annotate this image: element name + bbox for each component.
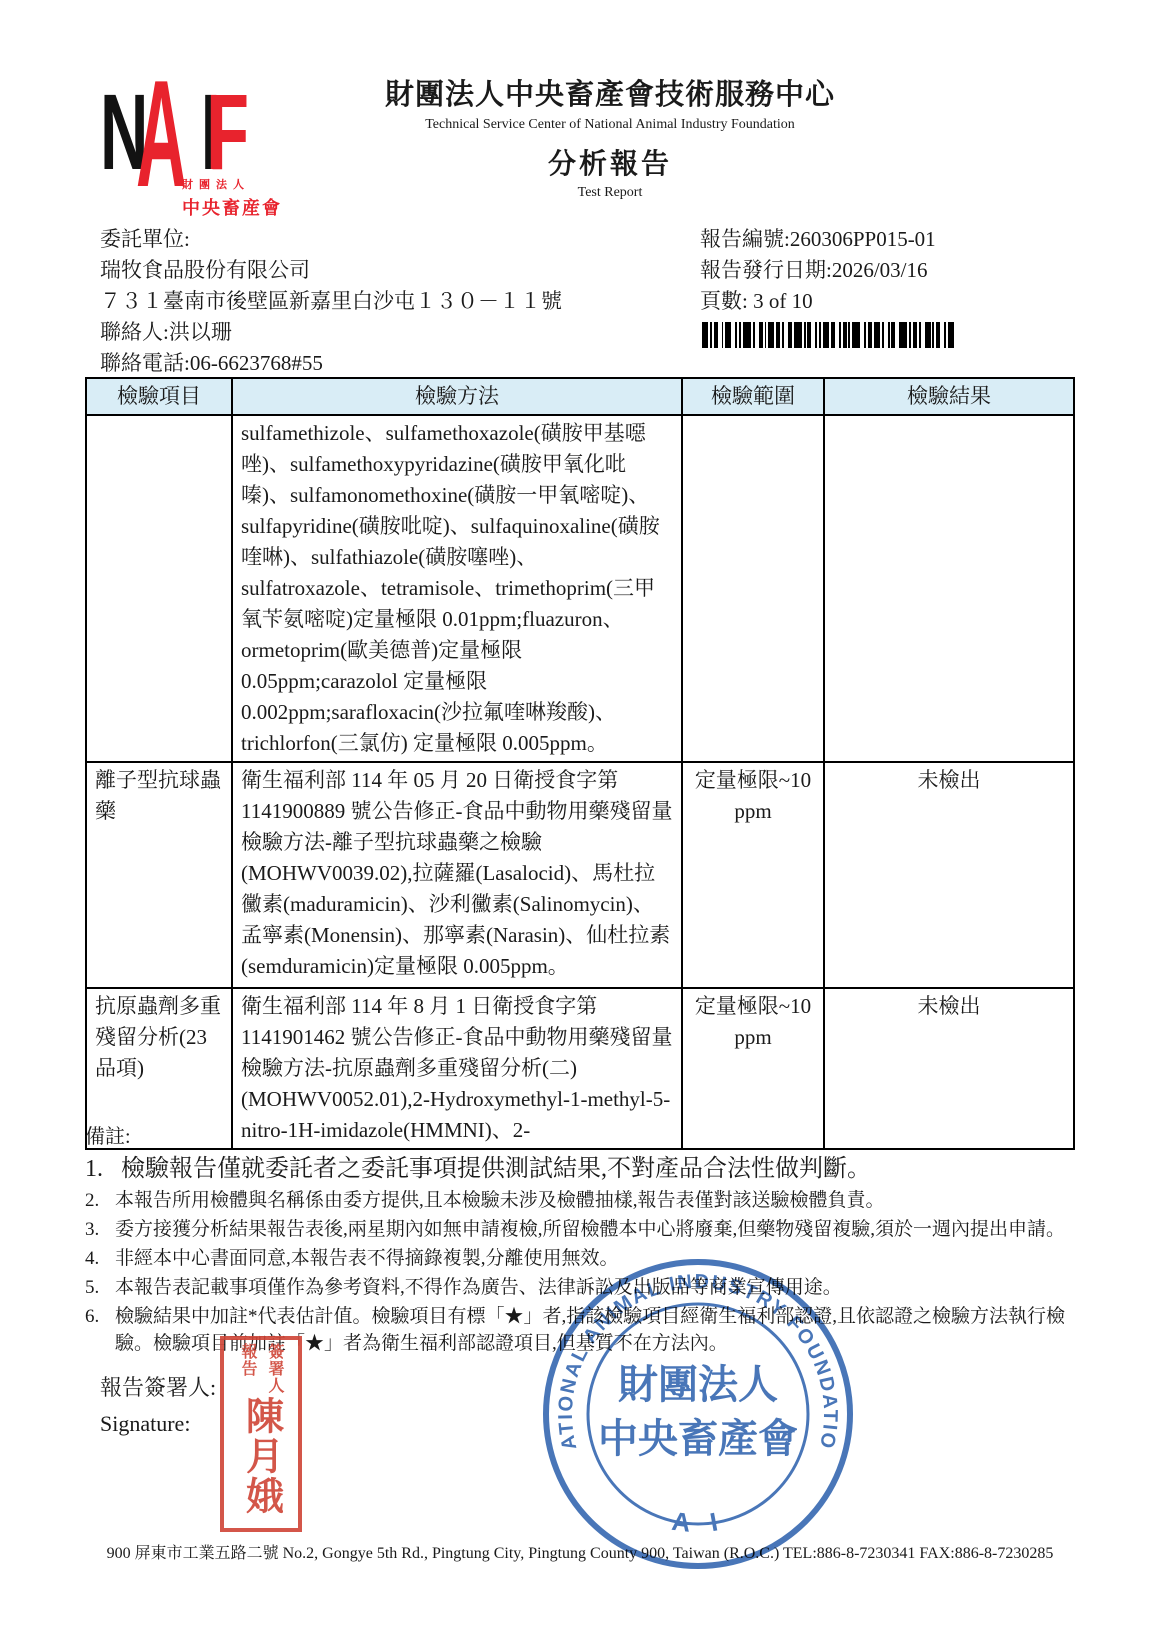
note-number: 1. [85, 1153, 121, 1185]
client-phone: 聯絡電話:06-6623768#55 [100, 348, 562, 379]
result-cell: 未檢出 [824, 762, 1074, 988]
note-number: 4. [85, 1245, 115, 1272]
item-cell [86, 415, 232, 762]
test-report-page: NAIF 財團法人 中央畜産會 財團法人中央畜產會技術服務中心 Technica… [0, 0, 1160, 1640]
note-item: 3. 委方接獲分析結果報告表後,兩星期內如無申請複檢,所留檢體本中心將廢棄,但藥… [85, 1216, 1080, 1243]
red-stamp-title-left: 報告 [236, 1343, 259, 1394]
col-header-range: 檢驗範圍 [682, 378, 824, 415]
result-cell [824, 415, 1074, 762]
red-stamp-name: 陳月娥 [234, 1396, 289, 1516]
note-number: 6. [85, 1303, 115, 1357]
report-type-zh: 分析報告 [120, 142, 1100, 182]
naif-blue-seal: NATIONAL ANIMAL INDUSTRY FOUNDATION N A … [540, 1256, 856, 1577]
report-meta: 報告編號:260306PP015-01 報告發行日期:2026/03/16 頁數… [700, 224, 954, 348]
barcode [702, 322, 954, 348]
signer-red-stamp: 簽署人 報告 陳月娥 [220, 1336, 302, 1532]
report-issue-date: 報告發行日期:2026/03/16 [700, 255, 954, 286]
col-header-result: 檢驗結果 [824, 378, 1074, 415]
client-contact: 聯絡人:洪以珊 [100, 317, 562, 348]
naif-blue-seal-graphic: NATIONAL ANIMAL INDUSTRY FOUNDATION N A … [540, 1256, 856, 1572]
seal-center-line1: 財團法人 [618, 1362, 778, 1407]
table-header-row: 檢驗項目 檢驗方法 檢驗範圍 檢驗結果 [86, 378, 1074, 415]
note-text: 本報告所用檢體與名稱係由委方提供,且本檢驗未涉及檢體抽樣,報告表僅對該送驗檢體負… [115, 1187, 1080, 1214]
signature-block: 報告簽署人: Signature: [100, 1370, 216, 1442]
red-stamp-title: 簽署人 報告 [236, 1343, 286, 1394]
header-title-block: 財團法人中央畜產會技術服務中心 Technical Service Center… [120, 72, 1100, 201]
org-title-en: Technical Service Center of National Ani… [120, 117, 1100, 133]
client-info: 委託單位: 瑞牧食品股份有限公司 ７３１臺南市後壁區新嘉里白沙屯１３０－１１號 … [100, 224, 562, 379]
item-cell: 離子型抗球蟲藥 [86, 762, 232, 988]
note-number: 5. [85, 1274, 115, 1301]
col-header-method: 檢驗方法 [232, 378, 682, 415]
note-number: 2. [85, 1187, 115, 1214]
seal-center-line2: 中央畜產會 [598, 1416, 798, 1461]
range-cell [682, 415, 824, 762]
client-address: ７３１臺南市後壁區新嘉里白沙屯１３０－１１號 [100, 286, 562, 317]
org-title-zh: 財團法人中央畜產會技術服務中心 [120, 72, 1100, 113]
method-cell: sulfamethizole、sulfamethoxazole(磺胺甲基噁唑)、… [232, 415, 682, 762]
note-text: 委方接獲分析結果報告表後,兩星期內如無申請複檢,所留檢體本中心將廢棄,但藥物殘留… [115, 1216, 1080, 1243]
red-stamp-title-right: 簽署人 [263, 1343, 286, 1394]
logo-letter-a: A [136, 58, 186, 210]
method-cell: 衛生福利部 114 年 05 月 20 日衛授食字第 1141900889 號公… [232, 762, 682, 988]
results-table: 檢驗項目 檢驗方法 檢驗範圍 檢驗結果 sulfamethizole、sulfa… [85, 377, 1075, 1150]
client-label: 委託單位: [100, 224, 562, 255]
report-number: 報告編號:260306PP015-01 [700, 224, 954, 255]
table-row: 離子型抗球蟲藥 衛生福利部 114 年 05 月 20 日衛授食字第 11419… [86, 762, 1074, 988]
note-text: 檢驗報告僅就委託者之委託事項提供測試結果,不對產品合法性做判斷。 [121, 1153, 1080, 1185]
report-type-en: Test Report [120, 185, 1100, 201]
note-number: 3. [85, 1216, 115, 1243]
table-row: sulfamethizole、sulfamethoxazole(磺胺甲基噁唑)、… [86, 415, 1074, 762]
range-cell: 定量極限~10 ppm [682, 762, 824, 988]
signature-label-en: Signature: [100, 1406, 216, 1442]
client-name: 瑞牧食品股份有限公司 [100, 255, 562, 286]
note-item: 1. 檢驗報告僅就委託者之委託事項提供測試結果,不對產品合法性做判斷。 [85, 1153, 1080, 1185]
signature-label-zh: 報告簽署人: [100, 1370, 216, 1406]
notes-label: 備註: [85, 1120, 1080, 1149]
col-header-item: 檢驗項目 [86, 378, 232, 415]
note-item: 2. 本報告所用檢體與名稱係由委方提供,且本檢驗未涉及檢體抽樣,報告表僅對該送驗… [85, 1187, 1080, 1214]
report-page-count: 頁數: 3 of 10 [700, 286, 954, 317]
